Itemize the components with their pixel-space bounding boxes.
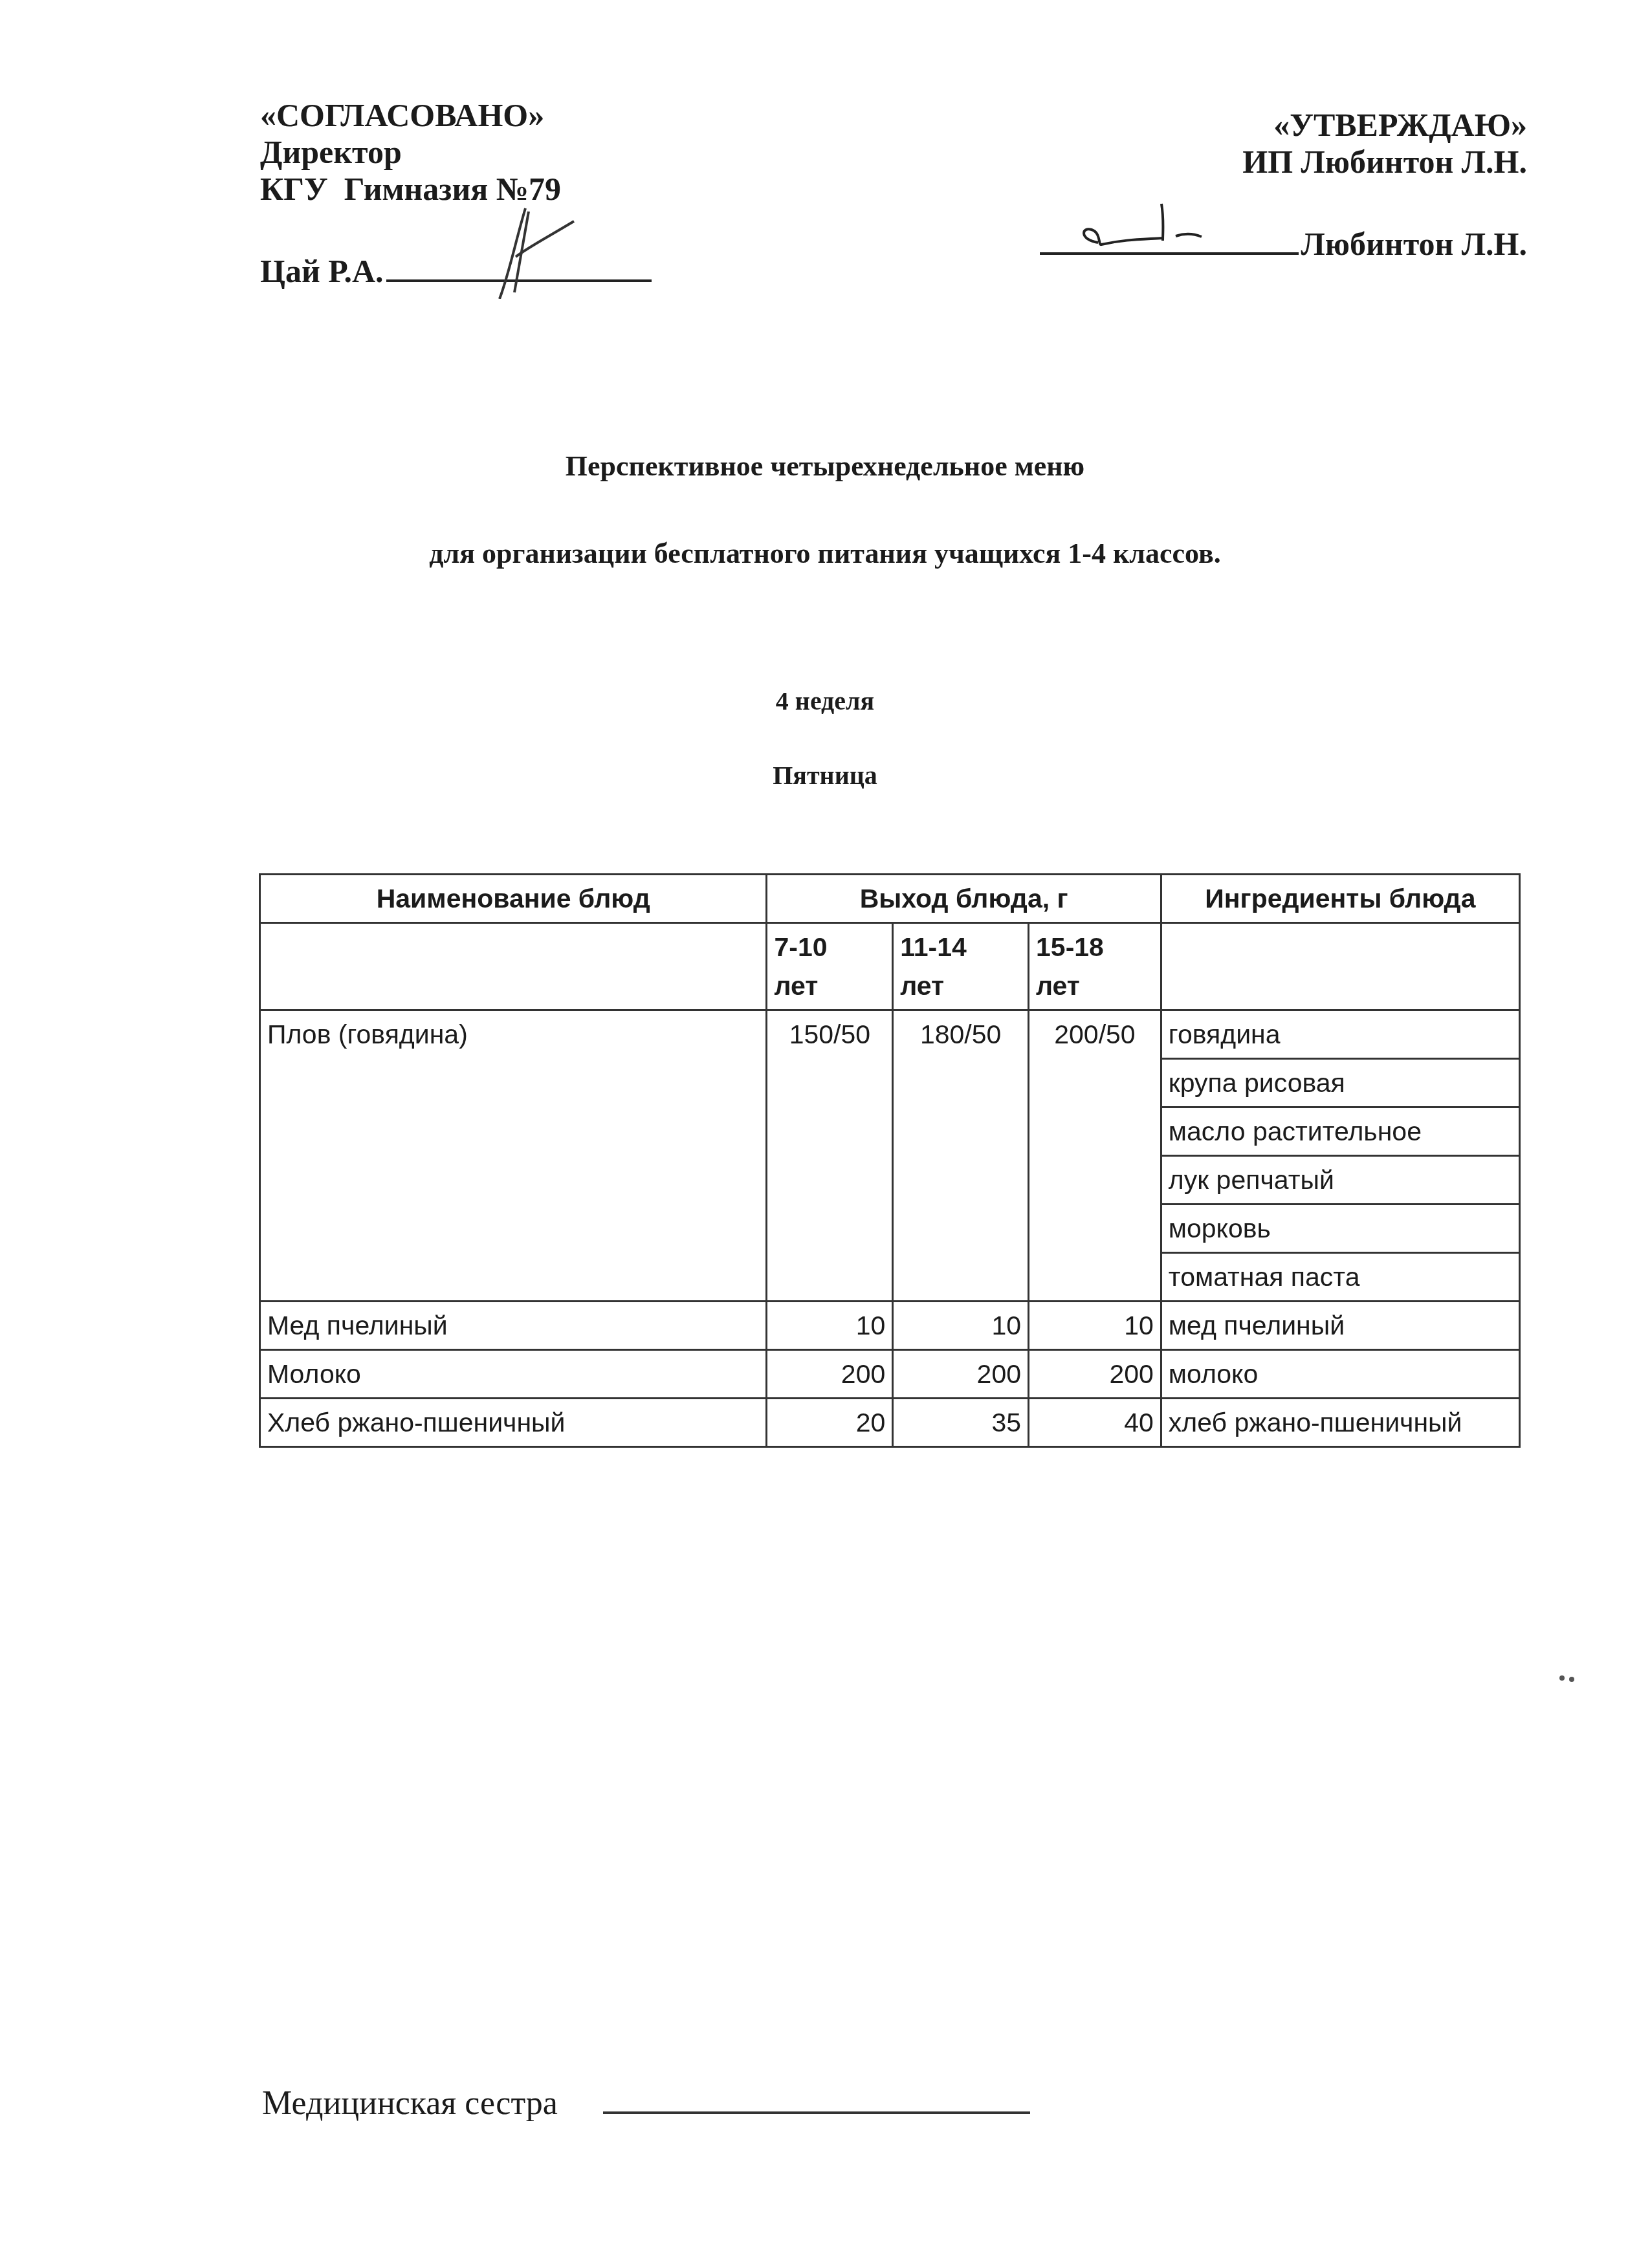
yield-value: 40 <box>1029 1399 1161 1447</box>
ingredient: томатная паста <box>1161 1253 1519 1302</box>
approved-organization: ИП Любинтон Л.Н. <box>1040 144 1527 180</box>
ingredient: масло растительное <box>1161 1107 1519 1156</box>
day-label: Пятница <box>0 760 1650 791</box>
dish-name: Хлеб ржано-пшеничный <box>260 1399 767 1447</box>
week-label: 4 неделя <box>0 686 1650 716</box>
menu-table: Наименование блюд Выход блюда, г Ингреди… <box>259 873 1521 1448</box>
ingredient: мед пчелиный <box>1161 1302 1519 1350</box>
nurse-signature-block: Медицинская сестра <box>262 2084 1030 2122</box>
dish-name: Молоко <box>260 1350 767 1399</box>
ingredient: молоко <box>1161 1350 1519 1399</box>
approved-heading: «УТВЕРЖДАЮ» <box>1040 107 1527 144</box>
header-ingredients: Ингредиенты блюда <box>1161 875 1519 923</box>
yield-value: 200 <box>767 1350 893 1399</box>
document-title: Перспективное четырехнедельное меню <box>0 450 1650 483</box>
signature-field <box>386 273 652 282</box>
table-row: Хлеб ржано-пшеничный 20 35 40 хлеб ржано… <box>260 1399 1520 1447</box>
dish-name: Мед пчелиный <box>260 1302 767 1350</box>
yield-value: 10 <box>893 1302 1029 1350</box>
yield-value: 20 <box>767 1399 893 1447</box>
approved-signatory: Любинтон Л.Н. <box>1301 226 1527 262</box>
scan-speck <box>1569 1677 1574 1682</box>
ingredient: лук репчатый <box>1161 1156 1519 1205</box>
header-yield: Выход блюда, г <box>767 875 1161 923</box>
signature-field <box>1040 246 1299 255</box>
ingredient: крупа рисовая <box>1161 1059 1519 1107</box>
yield-value: 10 <box>1029 1302 1161 1350</box>
yield-value: 200 <box>1029 1350 1161 1399</box>
agreed-signatory: Цай Р.А. <box>260 253 384 289</box>
header-dish: Наименование блюд <box>260 875 767 923</box>
ingredient: говядина <box>1161 1010 1519 1059</box>
table-header-row: Наименование блюд Выход блюда, г Ингреди… <box>260 875 1520 923</box>
yield-value: 10 <box>767 1302 893 1350</box>
handwritten-signature-icon <box>464 202 593 299</box>
document-subtitle: для организации бесплатного питания учащ… <box>0 537 1650 570</box>
dish-name: Плов (говядина) <box>260 1010 767 1302</box>
table-age-row: 7-10лет 11-14лет 15-18лет <box>260 923 1520 1010</box>
agreed-heading: «СОГЛАСОВАНО» <box>260 97 652 134</box>
ingredient: хлеб ржано-пшеничный <box>1161 1399 1519 1447</box>
table-row: Мед пчелиный 10 10 10 мед пчелиный <box>260 1302 1520 1350</box>
yield-value: 200/50 <box>1029 1010 1161 1302</box>
agreed-organization: КГУ Гимназия №79 <box>260 171 652 208</box>
scan-speck <box>1559 1675 1565 1681</box>
approval-approved-block: «УТВЕРЖДАЮ» ИП Любинтон Л.Н. Любинтон Л.… <box>1040 107 1527 263</box>
age-group: 11-14лет <box>893 923 1029 1010</box>
agreed-position: Директор <box>260 134 652 171</box>
agreed-signature-line: Цай Р.А. <box>260 253 652 290</box>
yield-value: 200 <box>893 1350 1029 1399</box>
approval-agreed-block: «СОГЛАСОВАНО» Директор КГУ Гимназия №79 … <box>260 97 652 290</box>
age-group: 15-18лет <box>1029 923 1161 1010</box>
yield-value: 180/50 <box>893 1010 1029 1302</box>
approved-signature-line: Любинтон Л.Н. <box>1040 226 1527 263</box>
nurse-label: Медицинская сестра <box>262 2085 558 2122</box>
table-row: Молоко 200 200 200 молоко <box>260 1350 1520 1399</box>
yield-value: 35 <box>893 1399 1029 1447</box>
nurse-signature-line <box>603 2099 1030 2114</box>
age-group: 7-10лет <box>767 923 893 1010</box>
table-row: Плов (говядина) 150/50 180/50 200/50 гов… <box>260 1010 1520 1059</box>
yield-value: 150/50 <box>767 1010 893 1302</box>
handwritten-signature-icon <box>1072 201 1240 259</box>
ingredient: морковь <box>1161 1205 1519 1253</box>
